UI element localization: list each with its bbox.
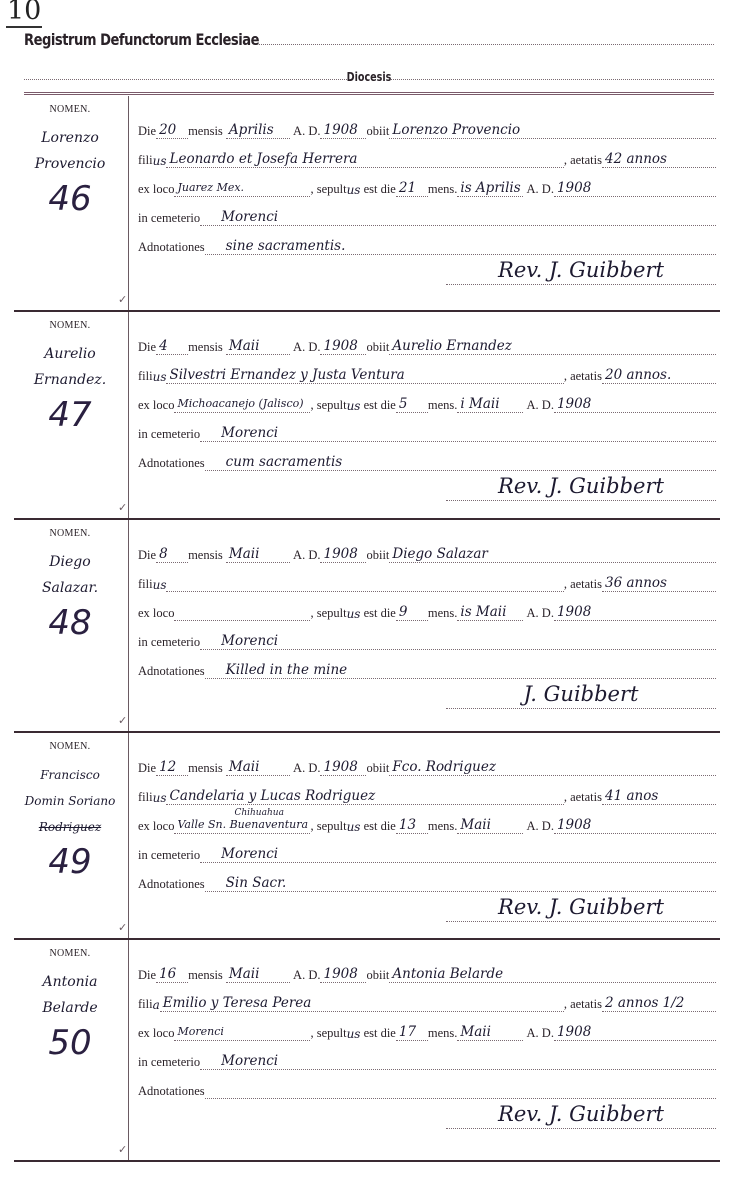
origin-place-field: Michoacanejo (Jalisco) — [174, 395, 310, 413]
diocese-field-tail — [391, 79, 714, 80]
signature-row: Rev. J. Guibbert — [138, 255, 716, 285]
check-mark-icon: ✓ — [118, 921, 127, 934]
deceased-name-field: Fco. Rodriguez — [389, 759, 716, 776]
death-record-entry: NOMEN. AntoniaBelarde 50 ✓ Die 16 mensis… — [14, 940, 720, 1162]
death-month-field: Maii — [226, 759, 290, 776]
nomen-name: DiegoSalazar. — [14, 549, 126, 601]
annotations-field: Killed in the mine — [205, 662, 716, 679]
record-body: Die 4 mensis Maii A. D. 1908 obiit Aurel… — [138, 326, 716, 501]
annotations-row: Adnotationes — [138, 1070, 716, 1099]
parents-field: Silvestri Ernandez y Justa Ventura — [166, 367, 563, 384]
annotations-field — [205, 1082, 716, 1099]
origin-burial-row: ex loco , sepultus est die 9 mens. is Ma… — [138, 592, 716, 621]
filius-label: fili — [138, 153, 153, 168]
cemetery-row: in cemeterio Morenci — [138, 1041, 716, 1070]
column-divider — [128, 520, 129, 731]
cemetery-field: Morenci — [200, 1053, 716, 1070]
parents-field — [166, 575, 563, 592]
death-day-field: 16 — [156, 966, 188, 983]
page-number: 10 — [6, 0, 42, 28]
nomen-label: NOMEN. — [14, 528, 126, 539]
entry-number: 50 — [14, 1023, 126, 1063]
diocese-line: Diocesis — [24, 70, 714, 84]
annotations-field: sine sacramentis. — [205, 238, 716, 255]
burial-year-field: 1908 — [554, 1024, 716, 1041]
burial-day-field: 5 — [396, 396, 428, 413]
origin-place-field: Morenci — [174, 1023, 310, 1041]
annotations-row: Adnotationes Sin Sacr. — [138, 863, 716, 892]
annotations-field: cum sacramentis — [205, 454, 716, 471]
burial-month-field: is Aprilis — [457, 180, 523, 197]
entry-number: 47 — [14, 395, 126, 435]
church-name-field — [259, 44, 714, 45]
nomen-name-line: Domin Soriano — [18, 788, 122, 814]
nomen-name-line: Antonia — [18, 969, 122, 995]
nomen-name-line: Belarde — [18, 995, 122, 1021]
cemetery-field: Morenci — [200, 846, 716, 863]
nomen-name: AntoniaBelarde — [14, 969, 126, 1021]
deceased-name-field: Lorenzo Provencio — [389, 122, 716, 139]
death-year-field: 1908 — [320, 966, 366, 983]
signature-row: Rev. J. Guibbert — [138, 1099, 716, 1129]
column-divider — [128, 312, 129, 518]
origin-burial-row: ex loco Michoacanejo (Jalisco) , sepultu… — [138, 384, 716, 413]
priest-signature: Rev. J. Guibbert — [446, 893, 716, 922]
death-year-field: 1908 — [320, 338, 366, 355]
record-body: Die 16 mensis Maii A. D. 1908 obiit Anto… — [138, 954, 716, 1129]
nomen-name-line: Ernandez. — [18, 367, 122, 393]
signature-row: J. Guibbert — [138, 679, 716, 709]
nomen-name-line: Salazar. — [18, 575, 122, 601]
priest-signature: J. Guibbert — [446, 680, 716, 709]
burial-day-field: 9 — [396, 604, 428, 621]
origin-burial-row: ex loco Juarez Mex. , sepultus est die 2… — [138, 168, 716, 197]
diocese-field — [24, 79, 347, 80]
nomen-label: NOMEN. — [14, 320, 126, 331]
deceased-name-field: Diego Salazar — [389, 546, 716, 563]
death-month-field: Maii — [226, 546, 290, 563]
burial-month-field: i Maii — [457, 396, 523, 413]
nomen-name-line: Rodriguez — [18, 814, 122, 840]
death-day-field: 20 — [156, 122, 188, 139]
burial-day-field: 21 — [396, 180, 428, 197]
death-record-entry: NOMEN. FranciscoDomin SorianoRodriguez 4… — [14, 733, 720, 940]
priest-signature: Rev. J. Guibbert — [446, 256, 716, 285]
entry-number: 49 — [14, 842, 126, 882]
cemetery-row: in cemeterio Morenci — [138, 621, 716, 650]
nomen-column: NOMEN. DiegoSalazar. 48 ✓ — [14, 520, 126, 733]
death-day-field: 4 — [156, 338, 188, 355]
annotations-row: Adnotationes cum sacramentis — [138, 442, 716, 471]
death-month-field: Maii — [226, 338, 290, 355]
signature-row: Rev. J. Guibbert — [138, 892, 716, 922]
age-field: 2 annos 1/2 — [602, 995, 716, 1012]
death-date-row: Die 16 mensis Maii A. D. 1908 obiit Anto… — [138, 954, 716, 983]
nomen-column: NOMEN. AntoniaBelarde 50 ✓ — [14, 940, 126, 1162]
nomen-column: NOMEN. FranciscoDomin SorianoRodriguez 4… — [14, 733, 126, 940]
column-divider — [128, 96, 129, 310]
deceased-name-field: Antonia Belarde — [389, 966, 716, 983]
origin-place-field: Juarez Mex. — [174, 179, 310, 197]
record-body: Die 12 mensis Maii A. D. 1908 obiit Fco.… — [138, 747, 716, 922]
age-field: 41 anos — [602, 788, 716, 805]
cemetery-field: Morenci — [200, 209, 716, 226]
age-field: 42 annos — [602, 151, 716, 168]
nomen-name-line: Provencio — [18, 151, 122, 177]
nomen-name: FranciscoDomin SorianoRodriguez — [14, 762, 126, 840]
age-field: 36 annos — [602, 575, 716, 592]
cemetery-row: in cemeterio Morenci — [138, 413, 716, 442]
burial-year-field: 1908 — [554, 817, 716, 834]
filius-label: fili — [138, 790, 153, 805]
cemetery-field: Morenci — [200, 425, 716, 442]
burial-month-field: Maii — [457, 1024, 523, 1041]
death-month-field: Aprilis — [226, 122, 290, 139]
nomen-name-line: Francisco — [18, 762, 122, 788]
death-day-field: 12 — [156, 759, 188, 776]
death-month-field: Maii — [226, 966, 290, 983]
burial-year-field: 1908 — [554, 604, 716, 621]
entry-number: 48 — [14, 603, 126, 643]
death-year-field: 1908 — [320, 122, 366, 139]
death-date-row: Die 12 mensis Maii A. D. 1908 obiit Fco.… — [138, 747, 716, 776]
death-date-row: Die 20 mensis Aprilis A. D. 1908 obiit L… — [138, 110, 716, 139]
top-divider — [24, 92, 714, 95]
register-title: Registrum Defunctorum Ecclesiae — [24, 30, 259, 49]
origin-burial-row: ex loco Morenci , sepultus est die 17 me… — [138, 1012, 716, 1041]
death-record-entry: NOMEN. LorenzoProvencio 46 ✓ Die 20 mens… — [14, 96, 720, 312]
nomen-column: NOMEN. AurelioErnandez. 47 ✓ — [14, 312, 126, 520]
death-day-field: 8 — [156, 546, 188, 563]
death-year-field: 1908 — [320, 546, 366, 563]
entry-number: 46 — [14, 179, 126, 219]
check-mark-icon: ✓ — [118, 501, 127, 514]
origin-place-field: ChihuahuaValle Sn. Buenaventura — [174, 816, 310, 834]
cemetery-field: Morenci — [200, 633, 716, 650]
origin-place-field — [174, 604, 310, 621]
record-body: Die 8 mensis Maii A. D. 1908 obiit Diego… — [138, 534, 716, 709]
column-divider — [128, 940, 129, 1160]
origin-burial-row: ex loco ChihuahuaValle Sn. Buenaventura … — [138, 805, 716, 834]
nomen-name: AurelioErnandez. — [14, 341, 126, 393]
record-body: Die 20 mensis Aprilis A. D. 1908 obiit L… — [138, 110, 716, 285]
filius-label: fili — [138, 997, 153, 1012]
death-date-row: Die 8 mensis Maii A. D. 1908 obiit Diego… — [138, 534, 716, 563]
parents-row: filius , aetatis 36 annos — [138, 563, 716, 592]
check-mark-icon: ✓ — [118, 1143, 127, 1156]
death-year-field: 1908 — [320, 759, 366, 776]
burial-day-field: 13 — [396, 817, 428, 834]
annotations-row: Adnotationes sine sacramentis. — [138, 226, 716, 255]
burial-month-field: Maii — [457, 817, 523, 834]
parents-field: Candelaria y Lucas Rodriguez — [166, 788, 563, 805]
nomen-name-line: Diego — [18, 549, 122, 575]
parents-row: filius Leonardo et Josefa Herrera , aeta… — [138, 139, 716, 168]
parents-row: filius Candelaria y Lucas Rodriguez , ae… — [138, 776, 716, 805]
annotations-field: Sin Sacr. — [205, 875, 716, 892]
cemetery-row: in cemeterio Morenci — [138, 834, 716, 863]
death-record-entry: NOMEN. DiegoSalazar. 48 ✓ Die 8 mensis M… — [14, 520, 720, 733]
diocese-label: Diocesis — [347, 70, 392, 84]
cemetery-row: in cemeterio Morenci — [138, 197, 716, 226]
burial-month-field: is Maii — [457, 604, 523, 621]
priest-signature: Rev. J. Guibbert — [446, 472, 716, 501]
entry-divider — [14, 1160, 720, 1162]
check-mark-icon: ✓ — [118, 293, 127, 306]
burial-year-field: 1908 — [554, 180, 716, 197]
signature-row: Rev. J. Guibbert — [138, 471, 716, 501]
nomen-column: NOMEN. LorenzoProvencio 46 ✓ — [14, 96, 126, 312]
age-field: 20 annos. — [602, 367, 716, 384]
deceased-name-field: Aurelio Ernandez — [389, 338, 716, 355]
nomen-label: NOMEN. — [14, 948, 126, 959]
nomen-name: LorenzoProvencio — [14, 125, 126, 177]
parents-field: Leonardo et Josefa Herrera — [166, 151, 563, 168]
burial-day-field: 17 — [396, 1024, 428, 1041]
nomen-name-line: Aurelio — [18, 341, 122, 367]
annotations-row: Adnotationes Killed in the mine — [138, 650, 716, 679]
priest-signature: Rev. J. Guibbert — [446, 1100, 716, 1129]
register-title-line: Registrum Defunctorum Ecclesiae — [24, 30, 714, 49]
nomen-label: NOMEN. — [14, 741, 126, 752]
nomen-name-line: Lorenzo — [18, 125, 122, 151]
column-divider — [128, 733, 129, 938]
parents-row: filius Silvestri Ernandez y Justa Ventur… — [138, 355, 716, 384]
burial-year-field: 1908 — [554, 396, 716, 413]
nomen-label: NOMEN. — [14, 104, 126, 115]
filius-label: fili — [138, 369, 153, 384]
parents-field: Emilio y Teresa Perea — [160, 995, 564, 1012]
check-mark-icon: ✓ — [118, 714, 127, 727]
death-record-entry: NOMEN. AurelioErnandez. 47 ✓ Die 4 mensi… — [14, 312, 720, 520]
filius-label: fili — [138, 577, 153, 592]
parents-row: filia Emilio y Teresa Perea , aetatis 2 … — [138, 983, 716, 1012]
death-date-row: Die 4 mensis Maii A. D. 1908 obiit Aurel… — [138, 326, 716, 355]
